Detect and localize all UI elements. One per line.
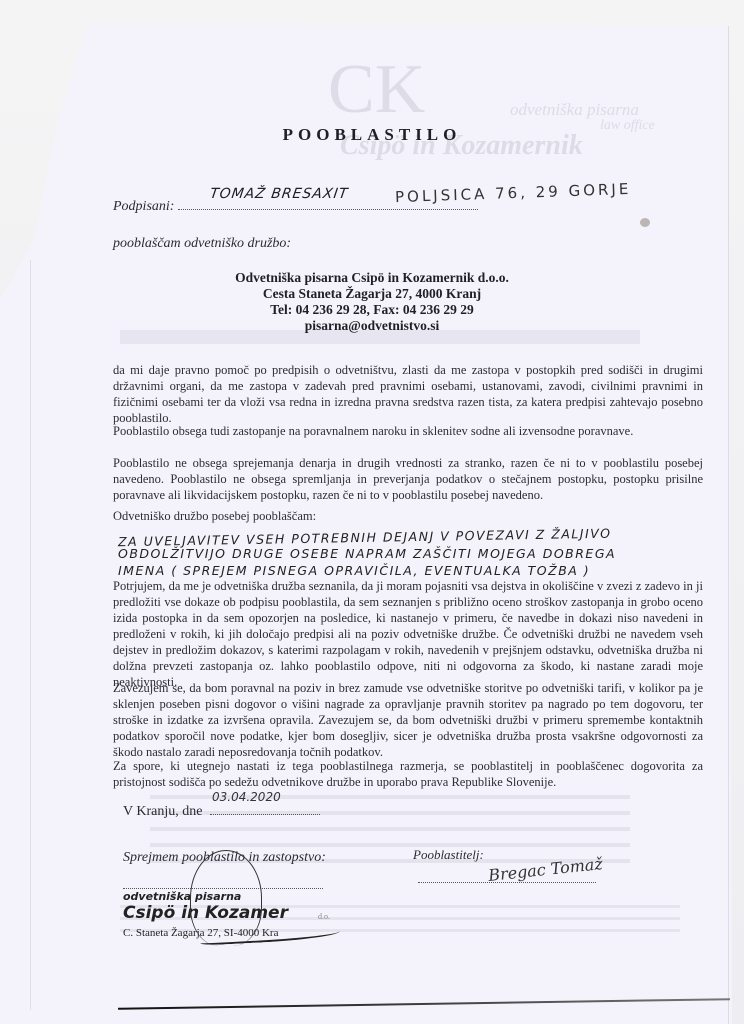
firm-phone-fax: Tel: 04 236 29 28, Fax: 04 236 29 29	[0, 302, 744, 318]
authorize-label: pooblaščam odvetniško družbo:	[113, 236, 291, 252]
signee-label: Podpisani:	[113, 199, 174, 214]
handwritten-special-authority-line: OBDOLŽITVIJO DRUGE OSEBE NAPRAM ZAŠČITI …	[118, 545, 718, 562]
paragraph-confirmation: Potrjujem, da me je odvetniška družba se…	[113, 578, 703, 690]
paragraph-obligation: Zavezujem se, da bom poravnal na poziv i…	[113, 680, 703, 760]
handwritten-date: 03.04.2020	[212, 790, 281, 804]
date-field: V Kranju, dne	[123, 802, 320, 820]
handwritten-special-authority-line: IMENA ( SPREJEM PISNEGA OPRAVIČILA, EVEN…	[118, 562, 718, 579]
paper-edge	[728, 26, 729, 1024]
paragraph-settlement: Pooblastilo obsega tudi zastopanje na po…	[113, 423, 703, 439]
dotted-signature-line	[418, 882, 596, 883]
firm-email: pisarna@odvetnistvo.si	[0, 318, 744, 334]
paragraph-scope: da mi daje pravno pomoč po predpisih o o…	[113, 362, 703, 426]
bleed-through-text: odvetniška pisarna	[510, 100, 639, 120]
bleed-through-logo: CK	[328, 50, 425, 130]
stamp-suffix: d.o.	[318, 912, 330, 921]
paragraph-exclusions: Pooblastilo ne obsega sprejemanja denarj…	[113, 455, 703, 503]
document-title: POOBLASTILO	[0, 125, 744, 145]
firm-name: Odvetniška pisarna Csipö in Kozamernik d…	[0, 270, 744, 286]
handwritten-signee-name: TOMAŽ BRESAXIT	[209, 186, 349, 202]
paper-fold-line	[30, 260, 31, 1010]
principal-label: Pooblastitelj:	[413, 847, 484, 863]
firm-address: Cesta Staneta Žagarja 27, 4000 Kranj	[0, 286, 744, 302]
paragraph-special-authority-label: Odvetniško družbo posebej pooblaščam:	[113, 508, 703, 524]
date-label: V Kranju, dne	[123, 804, 202, 819]
firm-block: Odvetniška pisarna Csipö in Kozamernik d…	[0, 270, 744, 334]
paper-stain	[640, 218, 650, 227]
paragraph-jurisdiction: Za spore, ki utegnejo nastati iz tega po…	[113, 758, 703, 790]
